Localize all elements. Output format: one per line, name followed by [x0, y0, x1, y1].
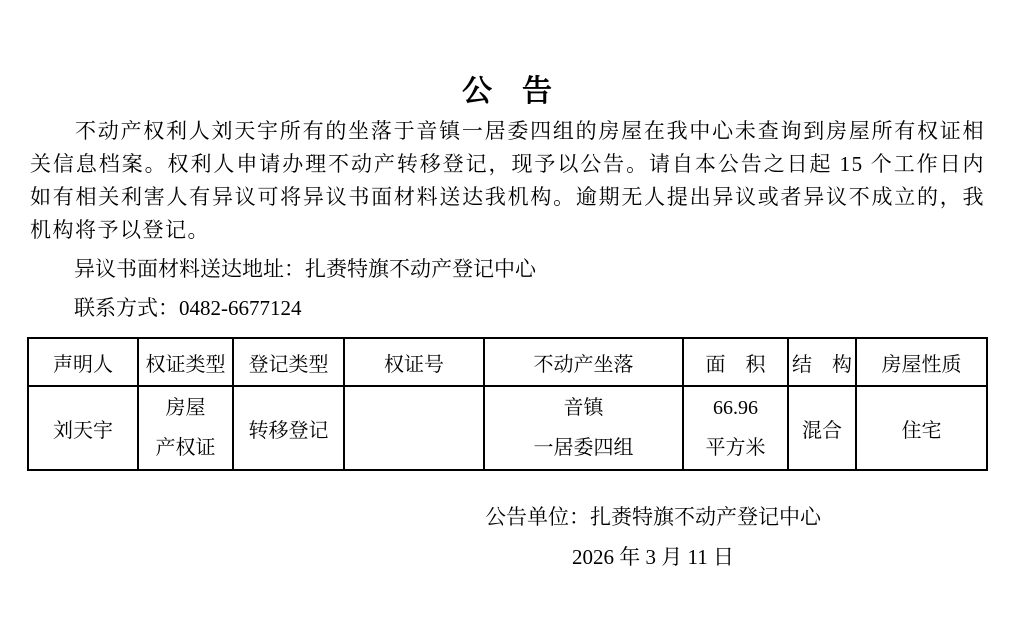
- date-line: 2026 年 3 月 11 日: [292, 537, 1014, 577]
- header-cert-number: 权证号: [344, 338, 484, 386]
- header-property-location: 不动产坐落: [484, 338, 683, 386]
- footer-block: 公告单位：扎赉特旗不动产登记中心 2026 年 3 月 11 日: [292, 497, 1014, 577]
- objection-address-line: 异议书面材料送达地址：扎赉特旗不动产登记中心: [30, 253, 984, 286]
- document-title: 公 告: [0, 74, 1014, 110]
- cell-property-location: 音镇 一居委四组: [484, 386, 683, 470]
- cell-location-line1: 音镇: [485, 388, 682, 428]
- cell-cert-type: 房屋 产权证: [138, 386, 233, 470]
- cell-registration-type: 转移登记: [233, 386, 344, 470]
- cell-cert-number: [344, 386, 484, 470]
- cell-area: 66.96 平方米: [683, 386, 788, 470]
- cell-area-unit: 平方米: [684, 428, 787, 468]
- table-data-row: 刘天宇 房屋 产权证 转移登记 音镇 一居委四组 66.96 平方米 混合 住宅: [28, 386, 987, 470]
- header-area: 面 积: [683, 338, 788, 386]
- header-declarant: 声明人: [28, 338, 138, 386]
- cell-area-value: 66.96: [684, 388, 787, 428]
- header-cert-type: 权证类型: [138, 338, 233, 386]
- announcement-document: 公 告 不动产权利人刘天宇所有的坐落于音镇一居委四组的房屋在我中心未查询到房屋所…: [0, 0, 1014, 638]
- cell-cert-type-line2: 产权证: [139, 428, 232, 468]
- header-registration-type: 登记类型: [233, 338, 344, 386]
- header-property-nature: 房屋性质: [856, 338, 987, 386]
- property-announcement-table: 声明人 权证类型 登记类型 权证号 不动产坐落 面 积 结 构 房屋性质 刘天宇…: [27, 337, 988, 471]
- cell-property-nature: 住宅: [856, 386, 987, 470]
- contact-line: 联系方式：0482-6677124: [30, 292, 984, 325]
- cell-structure: 混合: [788, 386, 856, 470]
- table-header-row: 声明人 权证类型 登记类型 权证号 不动产坐落 面 积 结 构 房屋性质: [28, 338, 987, 386]
- cell-location-line2: 一居委四组: [485, 428, 682, 468]
- header-structure: 结 构: [788, 338, 856, 386]
- cell-declarant: 刘天宇: [28, 386, 138, 470]
- issuing-unit-line: 公告单位：扎赉特旗不动产登记中心: [292, 497, 1014, 537]
- body-paragraph: 不动产权利人刘天宇所有的坐落于音镇一居委四组的房屋在我中心未查询到房屋所有权证相…: [30, 115, 985, 247]
- cell-cert-type-line1: 房屋: [139, 388, 232, 428]
